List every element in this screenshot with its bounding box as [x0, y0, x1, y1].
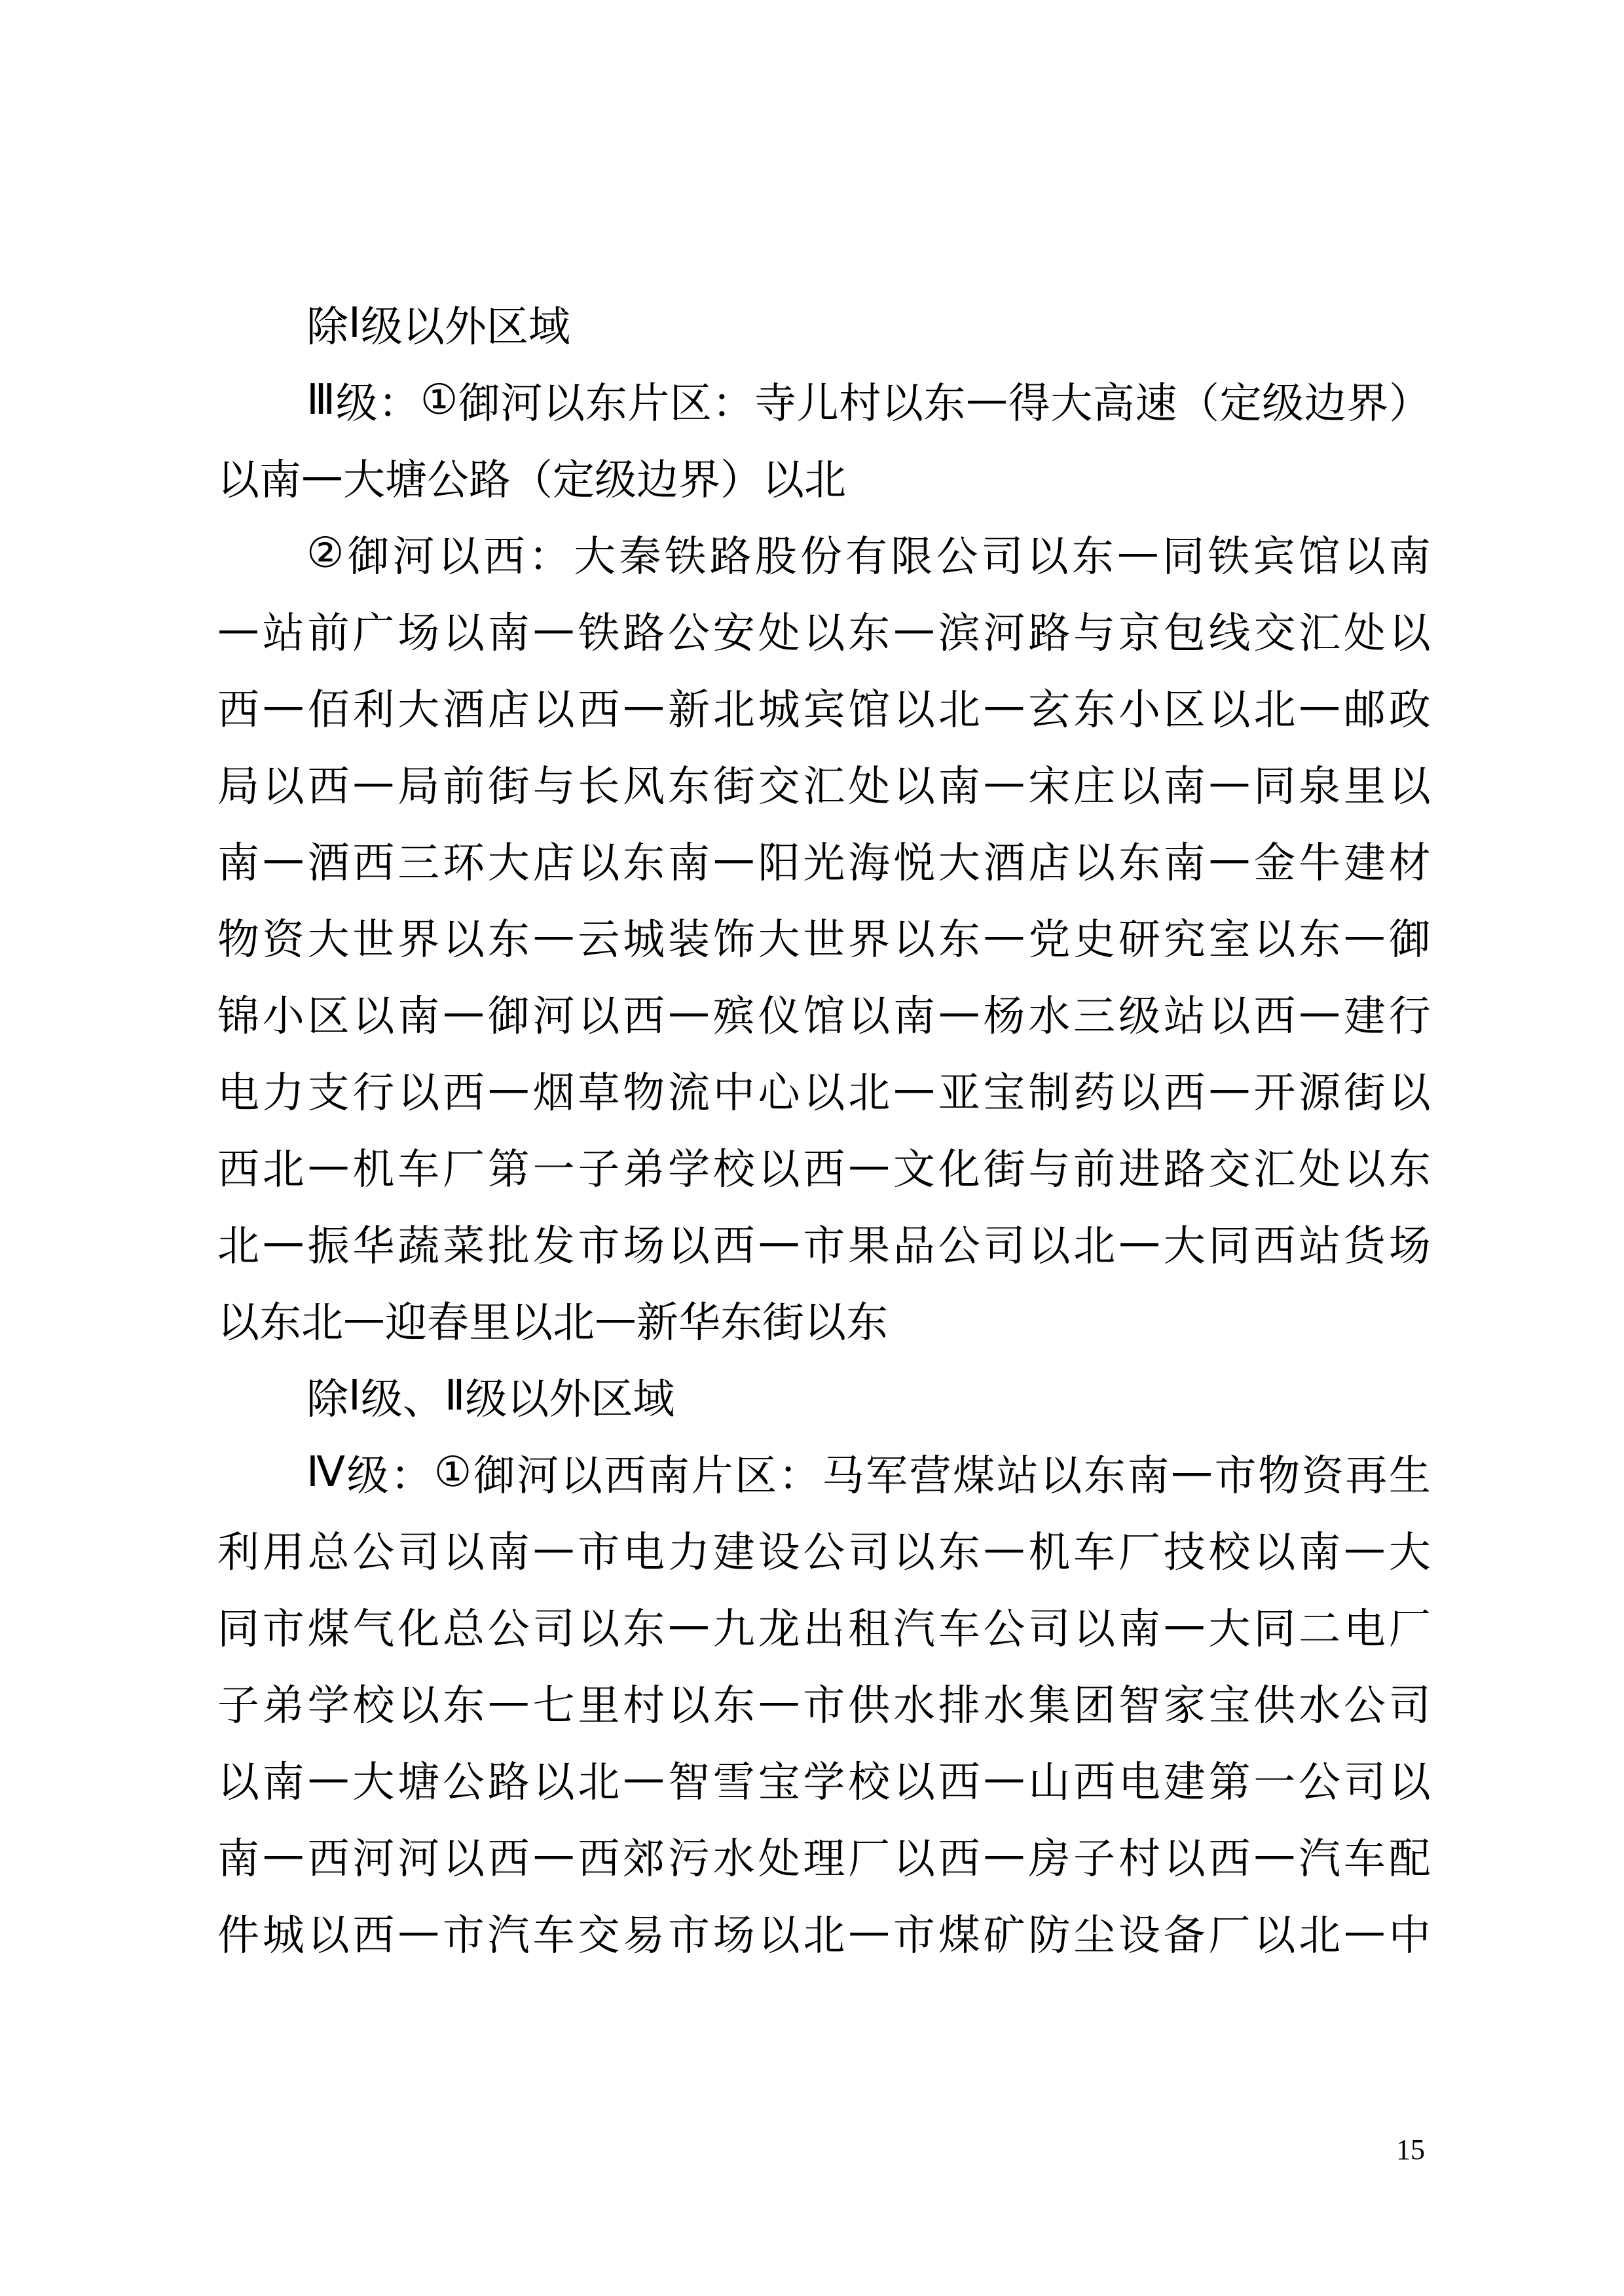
text-line: 子弟学校以东—七里村以东—市供水排水集团智家宝供水公司: [217, 1664, 1431, 1740]
text-line: ②御河以西：大秦铁路股份有限公司以东—同铁宾馆以南: [217, 515, 1431, 591]
text-line: 以南—大塘公路（定级边界）以北: [217, 438, 1431, 515]
text-line: 南—酒西三环大店以东南—阳光海悦大酒店以东南—金牛建材: [217, 821, 1431, 898]
text-line: 同市煤气化总公司以东—九龙出租汽车公司以南—大同二电厂: [217, 1587, 1431, 1664]
text-line: Ⅲ级：①御河以东片区：寺儿村以东—得大高速（定级边界）: [217, 361, 1431, 438]
text-line: 北—振华蔬菜批发市场以西—市果品公司以北—大同西站货场: [217, 1204, 1431, 1281]
text-line: 以南—大塘公路以北—智雪宝学校以西—山西电建第一公司以: [217, 1740, 1431, 1817]
text-line: 西—佰利大酒店以西—新北城宾馆以北—玄东小区以北—邮政: [217, 668, 1431, 744]
text-line: 利用总公司以南—市电力建设公司以东—机车厂技校以南—大: [217, 1510, 1431, 1587]
text-line: 除Ⅰ级以外区域: [217, 285, 1431, 361]
text-block: 除Ⅰ级以外区域Ⅲ级：①御河以东片区：寺儿村以东—得大高速（定级边界）以南—大塘公…: [217, 285, 1431, 1970]
page-number: 15: [1396, 2133, 1425, 2166]
text-line: 锦小区以南—御河以西—殡仪馆以南—杨水三级站以西—建行: [217, 974, 1431, 1051]
text-line: —站前广场以南—铁路公安处以东—滨河路与京包线交汇处以: [217, 591, 1431, 668]
document-page: 除Ⅰ级以外区域Ⅲ级：①御河以东片区：寺儿村以东—得大高速（定级边界）以南—大塘公…: [0, 0, 1624, 2296]
text-line: 电力支行以西—烟草物流中心以北—亚宝制药以西—开源街以: [217, 1051, 1431, 1127]
text-line: 物资大世界以东—云城装饰大世界以东—党史研究室以东—御: [217, 898, 1431, 974]
text-line: 除Ⅰ级、Ⅱ级以外区域: [217, 1357, 1431, 1434]
text-line: 以东北—迎春里以北—新华东街以东: [217, 1281, 1431, 1357]
text-line: 件城以西—市汽车交易市场以北—市煤矿防尘设备厂以北—中: [217, 1893, 1431, 1970]
text-line: 局以西—局前街与长风东街交汇处以南—宋庄以南—同泉里以: [217, 744, 1431, 821]
text-line: 西北—机车厂第一子弟学校以西—文化街与前进路交汇处以东: [217, 1127, 1431, 1204]
text-line: Ⅳ级：①御河以西南片区：马军营煤站以东南—市物资再生: [217, 1434, 1431, 1510]
text-line: 南—西河河以西—西郊污水处理厂以西—房子村以西—汽车配: [217, 1817, 1431, 1893]
